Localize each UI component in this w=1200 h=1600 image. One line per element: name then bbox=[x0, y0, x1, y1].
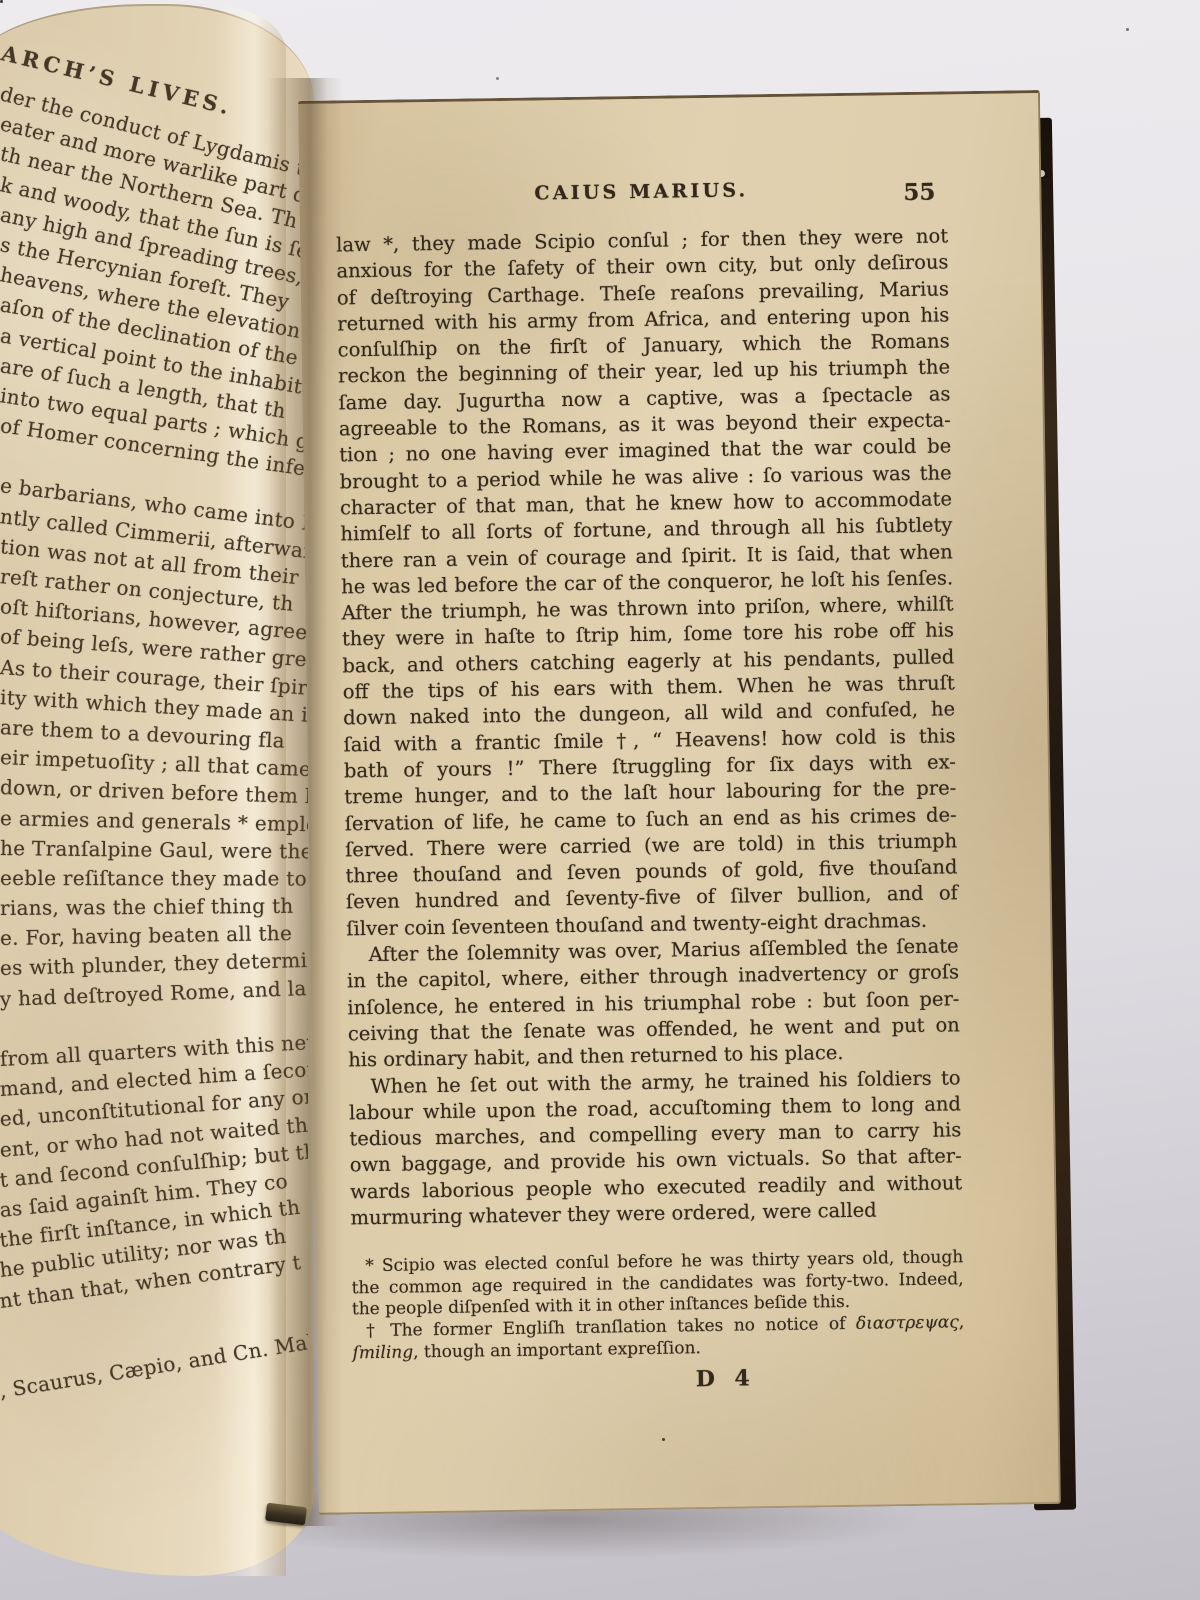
left-text-line: eeble reſiſtance they made to th bbox=[0, 866, 308, 897]
page-body-text: law *, they made Scipio conſul ; for the… bbox=[336, 223, 963, 1231]
chapter-running-title: CAIUS MARIUS. bbox=[335, 176, 947, 207]
left-text-line: he Tranſalpine Gaul, were them bbox=[0, 836, 308, 870]
right-page-header: CAIUS MARIUS. 55 bbox=[335, 176, 947, 215]
book-photo: ARCH’S LIVES. der the conduct of Lygdami… bbox=[0, 0, 1200, 1600]
left-page-lines: der the conduct of Lygdamis theater and … bbox=[0, 81, 308, 1409]
footnote-text: , though an important expreſſion. bbox=[413, 1338, 701, 1362]
footnote-italic-text: ſmiling bbox=[352, 1342, 413, 1363]
left-page-text: ARCH’S LIVES. der the conduct of Lygdami… bbox=[0, 34, 308, 1579]
signature-mark: D 4 bbox=[696, 1366, 756, 1393]
left-text-line: , Scaurus, Cæpio, and Cn. Mall bbox=[0, 1331, 307, 1409]
footnotes-section: * Scipio was elected conſul before he wa… bbox=[351, 1248, 965, 1365]
right-page: CAIUS MARIUS. 55 law *, they made Scipio… bbox=[298, 90, 1061, 1515]
gutter-shadow bbox=[268, 78, 344, 1526]
footnote-text: , bbox=[959, 1312, 965, 1332]
page-number: 55 bbox=[903, 179, 935, 206]
dust-specks bbox=[0, 0, 3, 3]
footnote-italic-text: διαστρεψας bbox=[856, 1312, 959, 1334]
